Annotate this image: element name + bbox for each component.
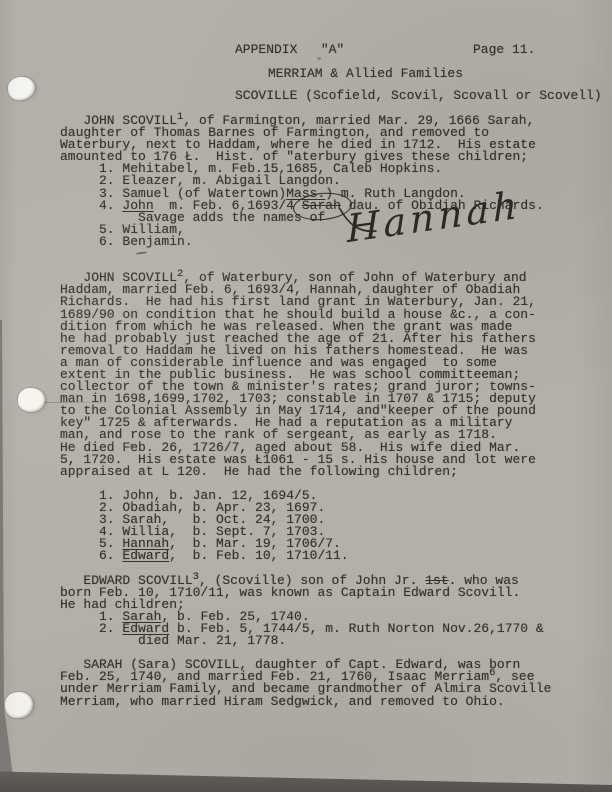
typed-text: , b. Feb. 10, 1710/11. xyxy=(169,548,348,563)
typed-line: died Mar. 21, 1778. xyxy=(60,635,612,647)
family-title: MERRIAM & Allied Families xyxy=(268,68,463,80)
page-bottom-edge-shadow xyxy=(0,760,612,792)
page-left-edge-shadow xyxy=(0,320,16,792)
typed-line: 6. Benjamin. xyxy=(60,236,612,248)
generation-superscript: 3 xyxy=(193,571,199,583)
ink-speck xyxy=(317,57,321,60)
section-heading: SCOVILLE (Scofield, Scovil, Scovall or S… xyxy=(235,90,602,102)
circled-struck-word: Sarah xyxy=(302,198,341,213)
document-page: APPENDIX "A" Page 11. MERRIAM & Allied F… xyxy=(0,0,612,792)
typed-text: 6. Benjamin. xyxy=(60,234,193,249)
appendix-label: APPENDIX "A" xyxy=(235,44,344,56)
typed-text: died Mar. 21, 1778. xyxy=(60,633,286,648)
typed-line xyxy=(60,248,612,260)
generation-superscript: 1 xyxy=(177,111,183,123)
punch-hole xyxy=(4,691,34,719)
typed-text-block: JOHN SCOVILL1, of Farmington, married Ma… xyxy=(60,115,612,708)
page-number: Page 11. xyxy=(473,44,535,56)
typed-line: appraised at L 120. He had the following… xyxy=(60,466,612,478)
typed-text: 6. xyxy=(60,548,122,563)
ink-speck xyxy=(130,444,134,448)
underlined-word: Edward xyxy=(122,548,169,563)
typed-text: Merriam, who married Hiram Sedgwick, and… xyxy=(60,694,505,709)
punch-hole xyxy=(17,387,46,413)
generation-superscript: 6 xyxy=(489,667,495,679)
punch-hole xyxy=(7,75,37,102)
typed-line: 6. Edward, b. Feb. 10, 1710/11. xyxy=(60,550,612,562)
generation-superscript: 2 xyxy=(177,268,183,280)
paper-crease xyxy=(44,402,114,403)
typed-line: Merriam, who married Hiram Sedgwick, and… xyxy=(60,696,612,708)
typed-text: appraised at L 120. He had the following… xyxy=(60,464,458,479)
